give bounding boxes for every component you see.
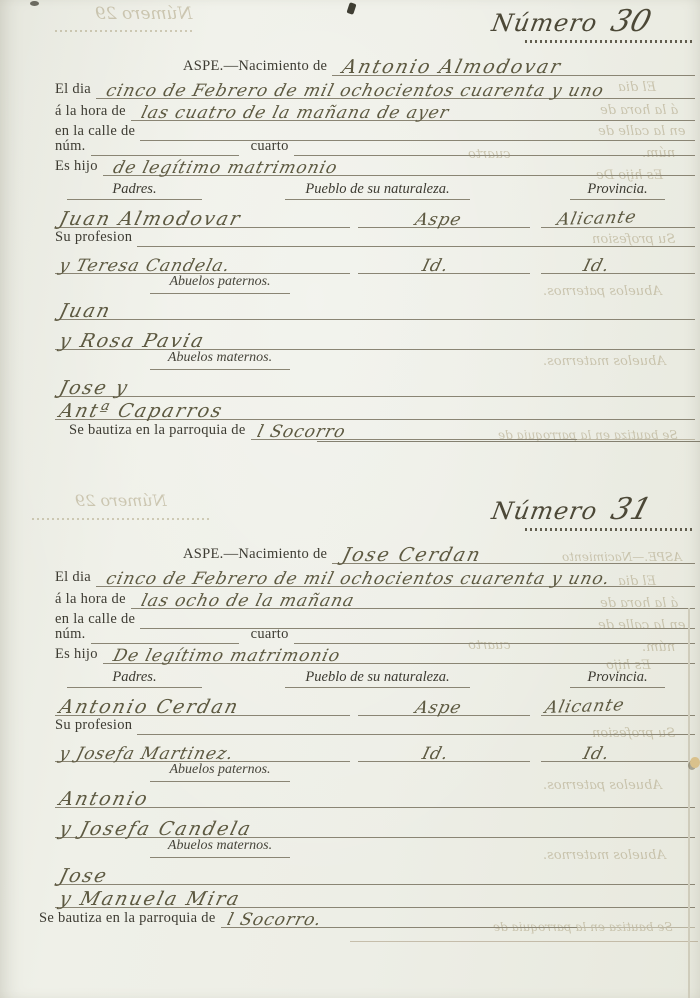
register-page: Número 29 El dia á la hora de en la call… bbox=[0, 0, 700, 998]
mother-town-handwritten: Id. bbox=[420, 256, 451, 276]
mother-town-field-line: Id. bbox=[358, 247, 530, 274]
mother-field-line: y Teresa Candela. bbox=[55, 247, 350, 274]
ruled-line-extension bbox=[350, 941, 698, 942]
paternal-grandfather-field-line: Juan bbox=[55, 291, 695, 320]
mother-handwritten: y Josefa Martinez. bbox=[57, 744, 236, 764]
father-town-field-line: Aspe bbox=[358, 687, 530, 716]
baptism-label: Se bautiza en la parroquia de bbox=[55, 422, 251, 440]
column-header-province: Provincia. bbox=[570, 669, 665, 688]
mother-province-field-line: Id. bbox=[541, 247, 695, 274]
mother-handwritten: y Teresa Candela. bbox=[57, 256, 233, 276]
ink-blot bbox=[30, 1, 39, 6]
father-town-field-line: Aspe bbox=[358, 199, 530, 228]
paternal-grandmother-handwritten: y Rosa Pavia bbox=[57, 330, 208, 352]
record-number-value: 31 bbox=[607, 492, 655, 527]
paternal-grandfather-field-line: Antonio bbox=[55, 779, 695, 808]
maternal-grandfather-field-line: Jose y bbox=[55, 368, 695, 397]
profession-label: Su profesion bbox=[55, 717, 137, 735]
child-status-label: Es hijo bbox=[55, 646, 103, 664]
baptism-field-line-faint bbox=[577, 415, 695, 440]
record-number: Número 30 bbox=[492, 4, 650, 39]
column-header-parents: Padres. bbox=[67, 669, 202, 688]
name-field-line: Antonio Almodovar bbox=[332, 51, 695, 76]
day-label: El dia bbox=[55, 81, 96, 99]
flourish-underline bbox=[525, 528, 693, 531]
mother-town-field-line: Id. bbox=[358, 735, 530, 762]
column-header-town: Pueblo de su naturaleza. bbox=[285, 669, 470, 688]
child-status-handwritten: de legítimo matrimonio bbox=[111, 158, 340, 178]
record-number-value: 30 bbox=[607, 4, 655, 39]
maternal-grandparents-label: Abuelos maternos. bbox=[150, 350, 290, 370]
child-status-field-line: de legítimo matrimonio bbox=[103, 153, 695, 176]
maternal-grandparents-label: Abuelos maternos. bbox=[150, 838, 290, 858]
father-province-field-line: Alicante bbox=[541, 687, 695, 716]
mother-province-field-line: Id. bbox=[541, 735, 695, 762]
day-field-line: cinco de Febrero de mil ochocientos cuar… bbox=[96, 74, 695, 99]
father-field-line: Antonio Cerdan bbox=[55, 687, 350, 716]
paternal-grandmother-handwritten: y Josefa Candela bbox=[57, 818, 255, 840]
baptism-label: Se bautiza en la parroquia de bbox=[39, 910, 221, 928]
birth-record-31: Número 31 ASPE.—Nacimiento de Jose Cerda… bbox=[55, 490, 695, 960]
child-status-label: Es hijo bbox=[55, 158, 103, 176]
baptism-field-line-faint bbox=[577, 903, 695, 928]
page-edge bbox=[688, 608, 690, 998]
mother-town-handwritten: Id. bbox=[420, 744, 451, 764]
birth-record-30: Número 30 ASPE.—Nacimiento de Antonio Al… bbox=[55, 2, 695, 472]
child-status-handwritten: De legítimo matrimonio bbox=[111, 646, 343, 666]
baptism-field-line: l Socorro bbox=[251, 415, 577, 440]
name-field-line: Jose Cerdan bbox=[332, 539, 695, 564]
baptism-field-line: l Socorro. bbox=[221, 903, 577, 928]
flourish-underline bbox=[525, 40, 693, 43]
baptism-parish-handwritten: l Socorro. bbox=[225, 910, 324, 930]
numero-label: Número bbox=[490, 497, 600, 525]
record-number: Número 31 bbox=[492, 492, 650, 527]
column-header-parents: Padres. bbox=[67, 181, 202, 200]
baptism-parish-handwritten: l Socorro bbox=[255, 422, 348, 442]
father-field-line: Juan Almodovar bbox=[55, 199, 350, 228]
maternal-grandfather-field-line: Jose bbox=[55, 856, 695, 885]
day-label: El dia bbox=[55, 569, 96, 587]
profession-field-line bbox=[137, 713, 695, 735]
column-header-province: Provincia. bbox=[570, 181, 665, 200]
day-field-line: cinco de Febrero de mil ochocientos cuar… bbox=[96, 562, 695, 587]
paper-stain bbox=[690, 757, 700, 768]
paternal-grandmother-field-line: y Rosa Pavia bbox=[55, 319, 695, 350]
child-status-field-line: De legítimo matrimonio bbox=[103, 641, 695, 664]
mother-field-line: y Josefa Martinez. bbox=[55, 735, 350, 762]
father-province-field-line: Alicante bbox=[541, 199, 695, 228]
profession-field-line bbox=[137, 225, 695, 247]
ruled-line-extension bbox=[317, 441, 700, 442]
mother-province-handwritten: Id. bbox=[581, 256, 612, 276]
paternal-grandmother-field-line: y Josefa Candela bbox=[55, 807, 695, 838]
profession-label: Su profesion bbox=[55, 229, 137, 247]
numero-label: Número bbox=[490, 9, 600, 37]
column-header-town: Pueblo de su naturaleza. bbox=[285, 181, 470, 200]
mother-province-handwritten: Id. bbox=[581, 744, 612, 764]
